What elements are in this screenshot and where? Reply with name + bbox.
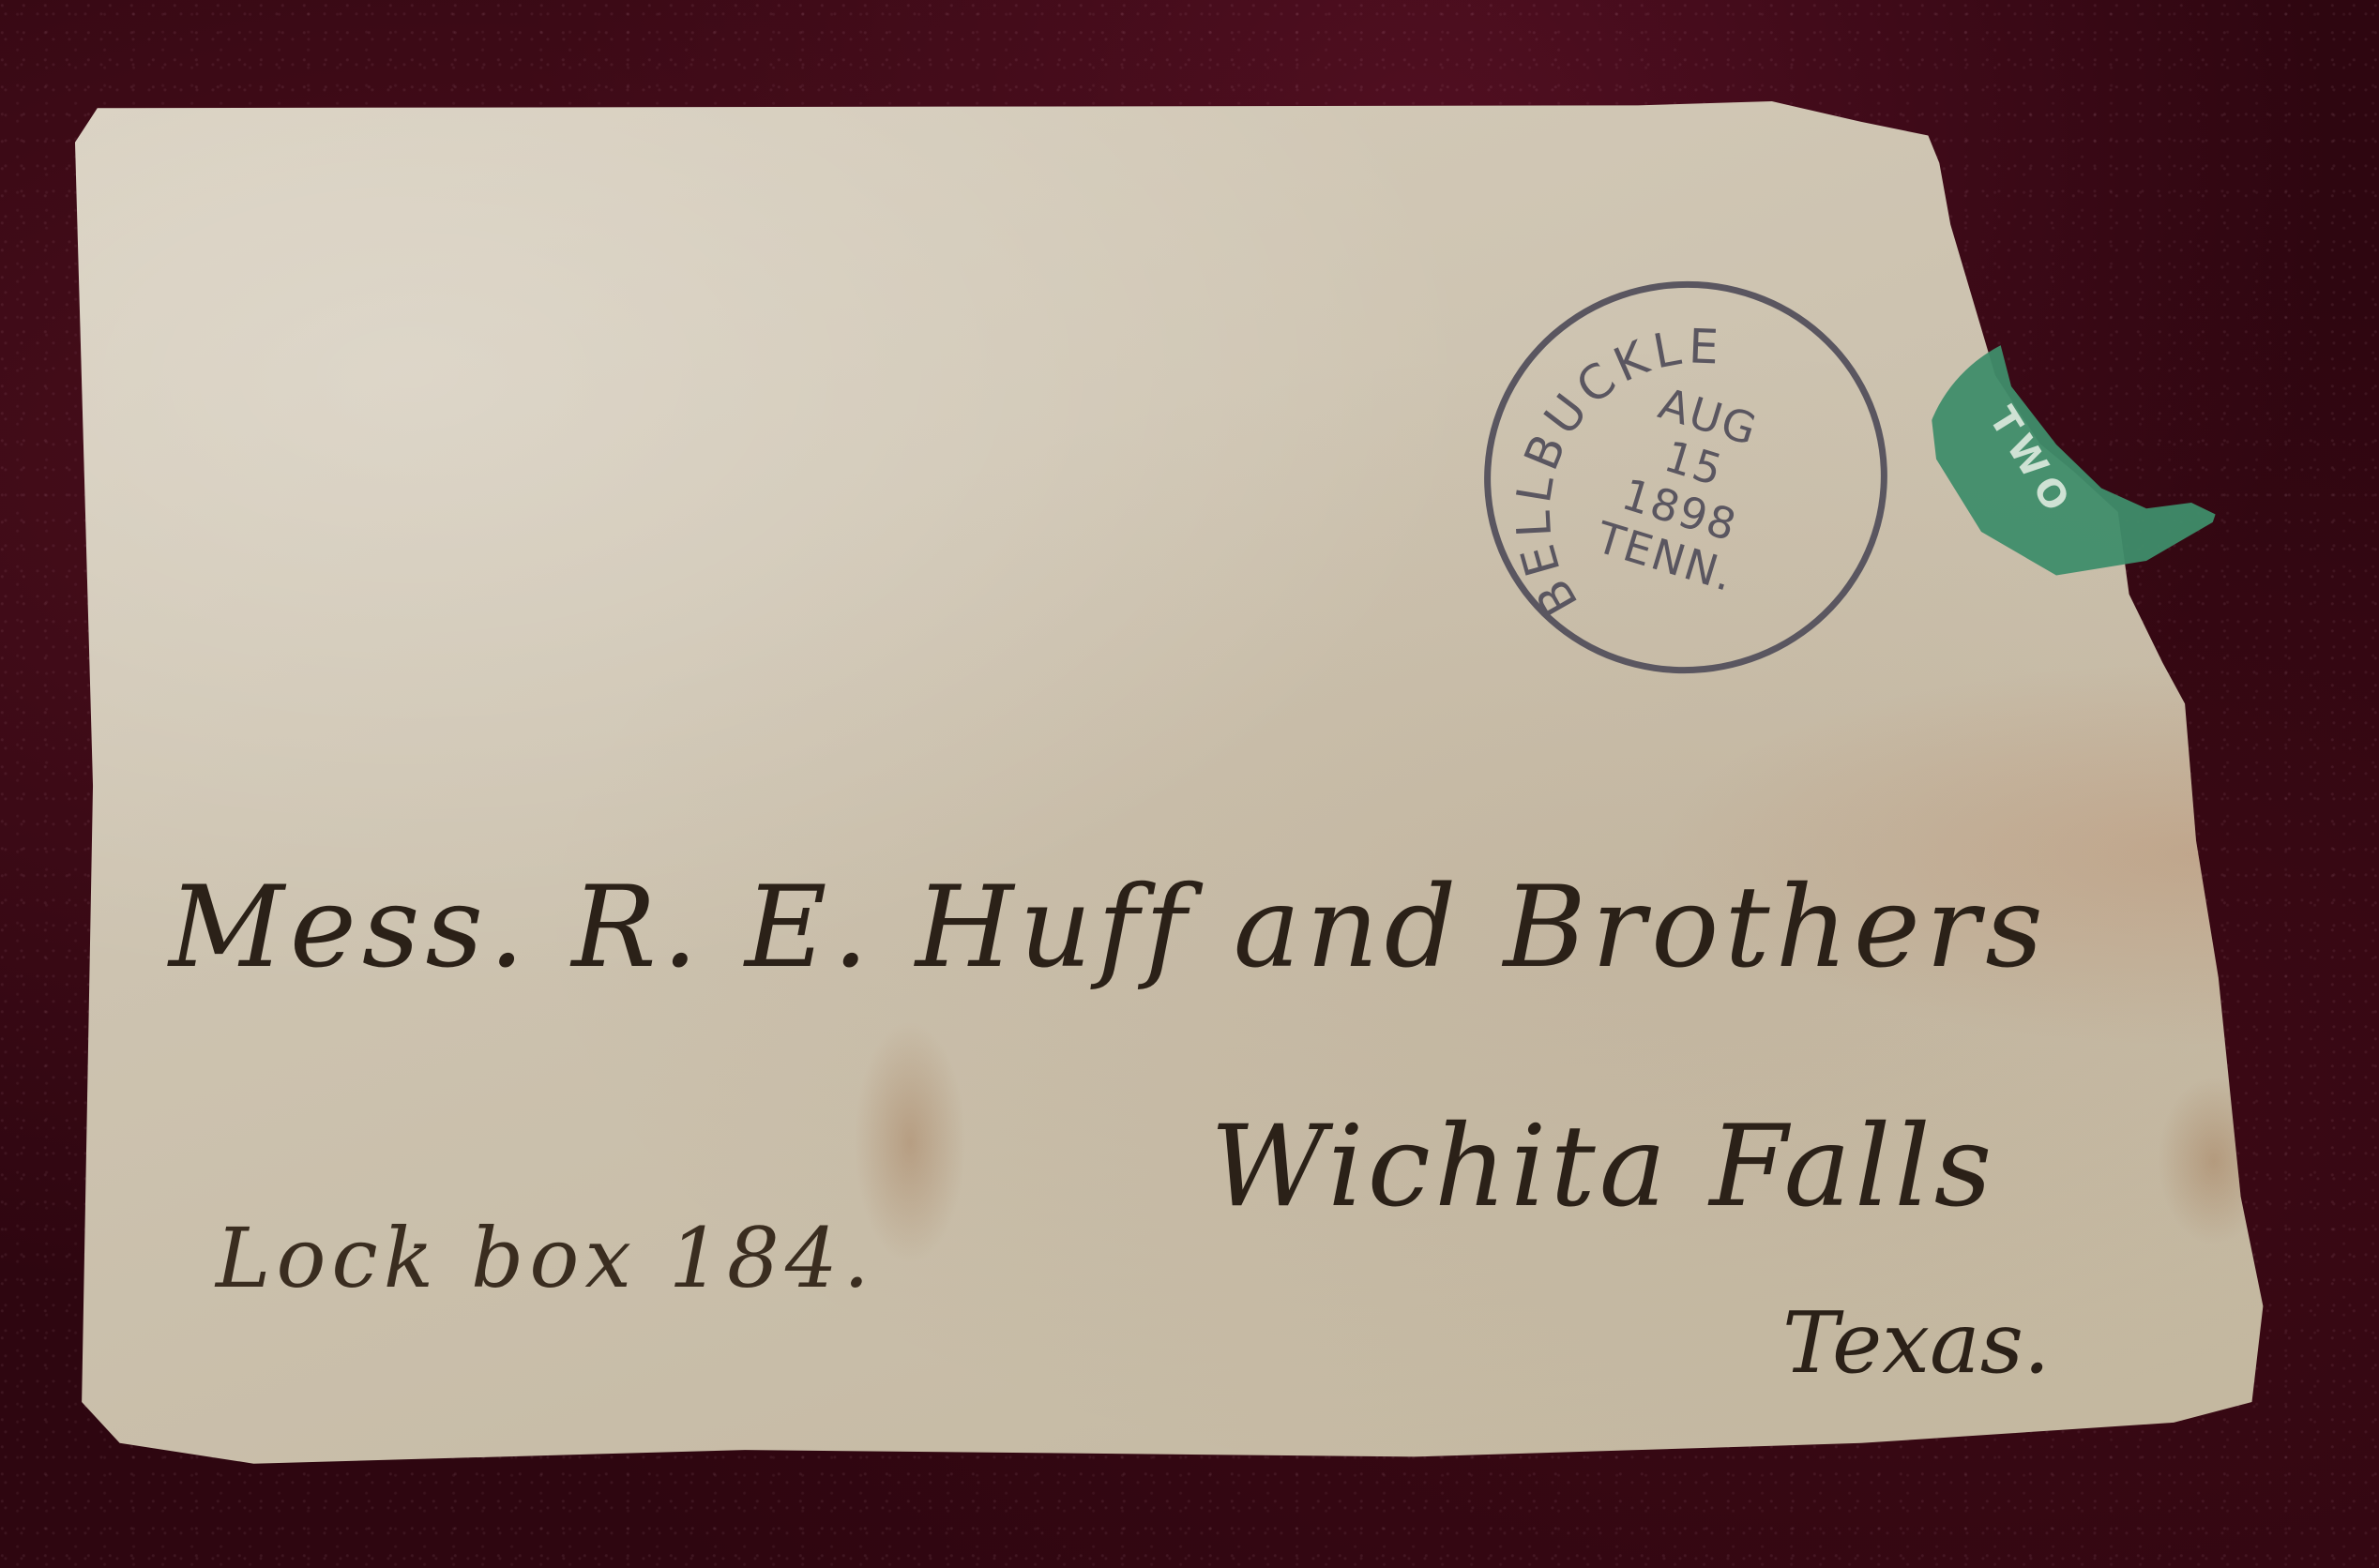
postmark: BELLBUCKLE AUG 15 1898 TENN. xyxy=(1459,255,1913,700)
address-state: Texas. xyxy=(1782,1294,2051,1393)
addressee-name: Mess. R. E. Huff and Brothers xyxy=(169,863,2049,993)
address-city: Wichita Falls xyxy=(1210,1102,1995,1232)
address-lock-box: Lock box 184. xyxy=(216,1210,875,1306)
